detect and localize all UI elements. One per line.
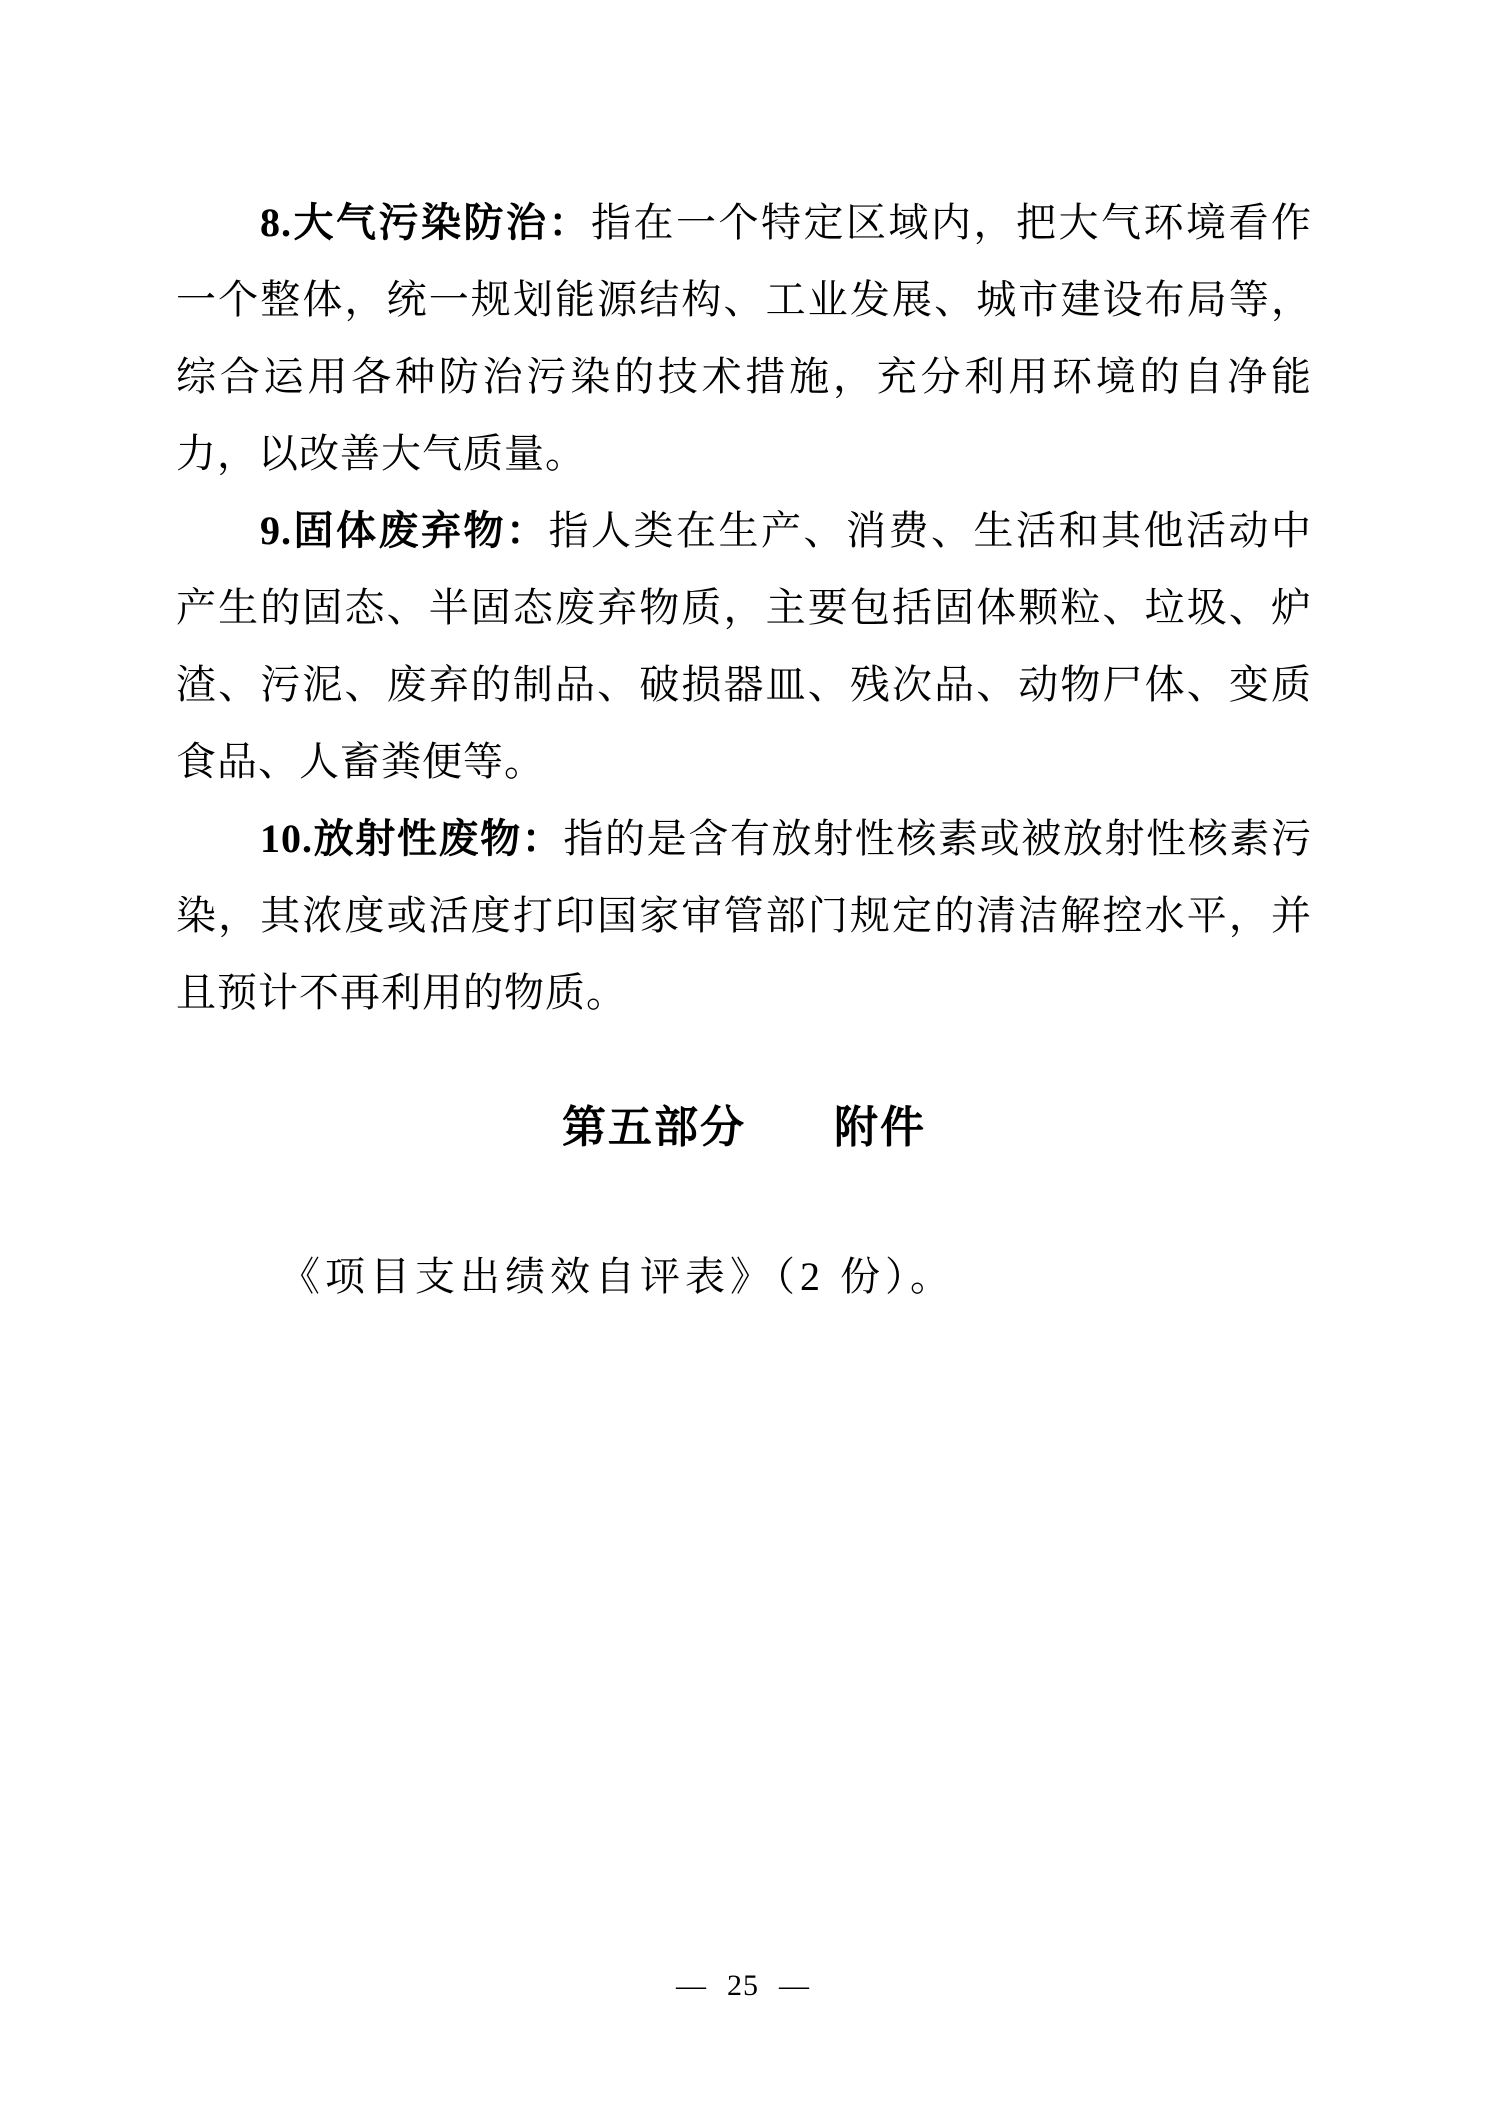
paragraph-9-label: 9.固体废弃物： [260,508,549,553]
document-page: 8.大气污染防治：指在一个特定区域内，把大气环境看作一个整体，统一规划能源结构、… [0,0,1486,2103]
paragraph-10-label: 10.放射性废物： [260,816,563,861]
paragraph-8-label: 8.大气污染防治： [260,200,591,245]
page-number: 25 [727,1969,759,2002]
section-heading-title: 附件 [834,1103,926,1152]
paragraph-8: 8.大气污染防治：指在一个特定区域内，把大气环境看作一个整体，统一规划能源结构、… [176,184,1312,492]
document-body: 8.大气污染防治：指在一个特定区域内，把大气环境看作一个整体，统一规划能源结构、… [176,184,1312,1315]
paragraph-9: 9.固体废弃物：指人类在生产、消费、生活和其他活动中产生的固态、半固态废弃物质，… [176,492,1312,800]
footer-right-dash: — [779,1969,810,2002]
section-heading-part: 第五部分 [562,1103,746,1152]
footer-left-dash: — [676,1969,707,2002]
page-footer: —25— [0,1969,1486,2003]
attachment-line: 《项目支出绩效自评表》（2 份）。 [176,1238,1312,1315]
section-heading: 第五部分附件 [176,1089,1312,1166]
paragraph-10: 10.放射性废物：指的是含有放射性核素或被放射性核素污染，其浓度或活度打印国家审… [176,800,1312,1031]
